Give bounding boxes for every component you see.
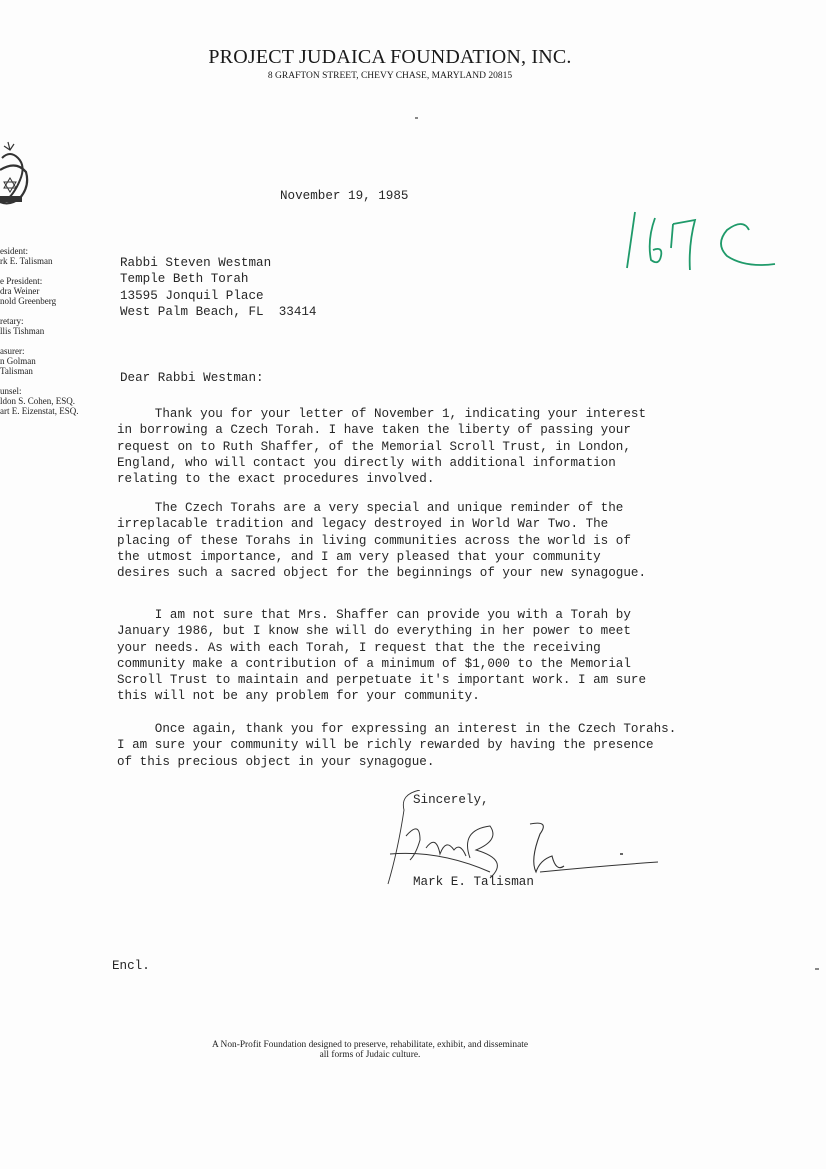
- letterhead-title: PROJECT JUDAICA FOUNDATION, INC.: [190, 46, 590, 69]
- officer-name: rk E. Talisman: [0, 256, 105, 266]
- officer-name: ldon S. Cohen, ESQ.: [0, 396, 105, 406]
- letter-date: November 19, 1985: [280, 188, 408, 204]
- officer-role: esident:: [0, 246, 105, 256]
- recipient-address: Rabbi Steven Westman Temple Beth Torah 1…: [120, 255, 317, 320]
- officer-role: e President:: [0, 276, 105, 286]
- officer-name: n Golman: [0, 356, 105, 366]
- officer-group: asurer:n GolmanTalisman: [0, 346, 105, 376]
- signer-name: Mark E. Talisman: [413, 874, 534, 890]
- handwritten-annotation: [615, 190, 785, 270]
- paragraph-2: The Czech Torahs are a very special and …: [117, 500, 646, 581]
- footer-line-2: all forms of Judaic culture.: [160, 1050, 580, 1060]
- letterhead-address: 8 GRAFTON STREET, CHEVY CHASE, MARYLAND …: [190, 71, 590, 81]
- officer-name: art E. Eizenstat, ESQ.: [0, 406, 105, 416]
- footer-mission: A Non-Profit Foundation designed to pres…: [160, 1040, 580, 1060]
- officer-role: retary:: [0, 316, 105, 326]
- officer-group: esident:rk E. Talisman: [0, 246, 105, 266]
- officer-name: nold Greenberg: [0, 296, 105, 306]
- officer-name: dra Weiner: [0, 286, 105, 296]
- officer-name: Talisman: [0, 366, 105, 376]
- officer-role: asurer:: [0, 346, 105, 356]
- paragraph-1: Thank you for your letter of November 1,…: [117, 406, 646, 487]
- paragraph-4: Once again, thank you for expressing an …: [117, 721, 676, 770]
- officer-group: e President:dra Weinernold Greenberg: [0, 276, 105, 306]
- paper-speck: [415, 117, 418, 119]
- menorah-crest-icon: [0, 140, 32, 210]
- officer-group: retary:llis Tishman: [0, 316, 105, 336]
- officers-list: esident:rk E. Talismane President:dra We…: [0, 246, 105, 426]
- footer-line-1: A Non-Profit Foundation designed to pres…: [160, 1040, 580, 1050]
- officer-group: unsel:ldon S. Cohen, ESQ.art E. Eizensta…: [0, 386, 105, 416]
- paragraph-3: I am not sure that Mrs. Shaffer can prov…: [117, 607, 646, 705]
- officer-role: unsel:: [0, 386, 105, 396]
- paper-speck: [815, 968, 819, 970]
- enclosure-note: Encl.: [112, 958, 150, 974]
- officer-name: llis Tishman: [0, 326, 105, 336]
- salutation: Dear Rabbi Westman:: [120, 370, 264, 386]
